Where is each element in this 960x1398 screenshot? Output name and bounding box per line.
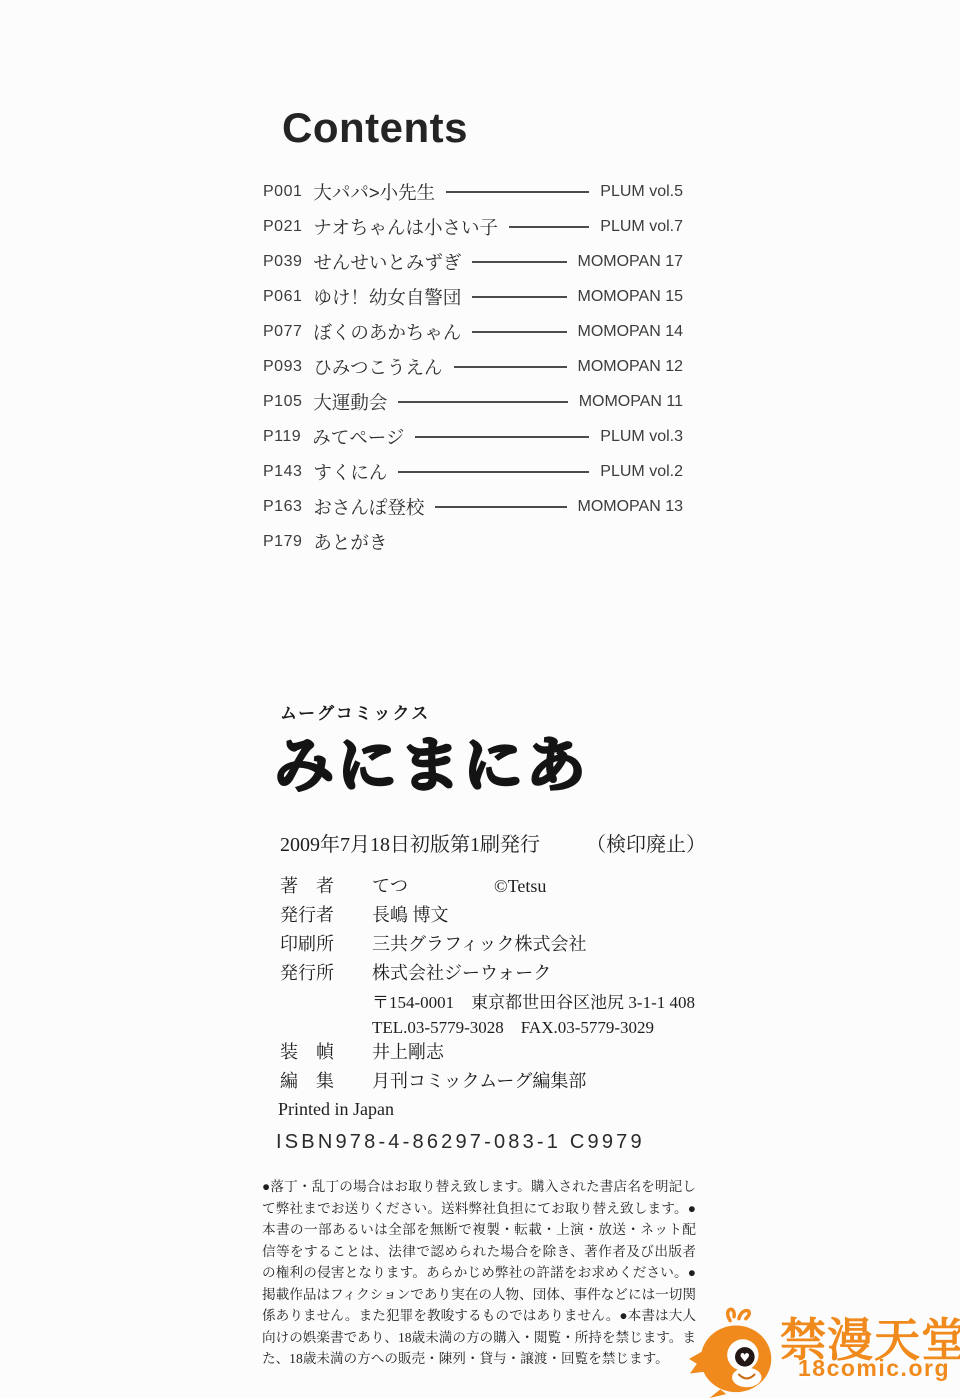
- toc-leader-line: [435, 506, 566, 508]
- svg-text:♥: ♥: [740, 1350, 751, 1364]
- toc-title: ゆけ！幼女自警団: [313, 284, 461, 310]
- toc-title: すくにん: [313, 459, 387, 485]
- site-watermark: ♥ 禁漫天堂 18comic.org: [686, 1300, 960, 1398]
- toc-page-number: P039: [263, 253, 302, 271]
- credit-value: 長嶋 博文: [372, 901, 449, 927]
- toc-source-label: MOMOPAN 15: [578, 288, 684, 306]
- toc-leader-line: [398, 471, 589, 473]
- credit-value: てつ©Tetsu: [372, 872, 546, 898]
- credit-row-address: 〒154-0001 東京都世田谷区池尻 3-1-1 408: [280, 988, 695, 1013]
- toc-entry: P039 せんせいとみずぎ MOMOPAN 17: [263, 244, 683, 279]
- credit-label: 著 者: [280, 872, 372, 898]
- toc-leader-line: [472, 331, 566, 333]
- toc-title: みてページ: [312, 424, 404, 450]
- toc-entry: P061 ゆけ！幼女自警団 MOMOPAN 15: [263, 279, 683, 314]
- toc-page-number: P077: [263, 323, 302, 341]
- credit-label: 発行所: [280, 959, 372, 985]
- toc-entry: P179 あとがき: [263, 524, 683, 559]
- toc-page-number: P001: [263, 183, 302, 201]
- credit-label: 装 幀: [280, 1038, 372, 1064]
- toc-entry: P021 ナオちゃんは小さい子 PLUM vol.7: [263, 209, 683, 244]
- table-of-contents: P001 大パパ>小先生 PLUM vol.5 P021 ナオちゃんは小さい子 …: [263, 174, 683, 559]
- credits-block: 著 者 てつ©Tetsu 発行者 長嶋 博文 印刷所 三共グラフィック株式会社 …: [280, 872, 695, 1096]
- credit-row-design: 装 幀 井上剛志: [280, 1038, 695, 1067]
- toc-title: ぼくのあかちゃん: [313, 319, 461, 345]
- toc-page-number: P105: [263, 393, 302, 411]
- isbn-line: ISBN978-4-86297-083-1 C9979: [276, 1131, 645, 1154]
- toc-page-number: P179: [263, 533, 302, 551]
- toc-title: おさんぽ登校: [313, 494, 424, 520]
- publisher-phone-fax: TEL.03-5779-3028 FAX.03-5779-3029: [372, 1013, 654, 1038]
- toc-leader-line: [415, 436, 589, 438]
- credit-row-printer: 印刷所 三共グラフィック株式会社: [280, 930, 695, 959]
- toc-source-label: MOMOPAN 11: [579, 393, 683, 411]
- toc-leader-line: [446, 191, 589, 193]
- credit-label: 編 集: [280, 1067, 372, 1093]
- fish-mascot-icon: ♥: [686, 1304, 786, 1398]
- credit-value: 三共グラフィック株式会社: [372, 930, 587, 956]
- credit-row-phone: TEL.03-5779-3028 FAX.03-5779-3029: [280, 1013, 695, 1038]
- credit-row-publishing-house: 発行所 株式会社ジーウォーク: [280, 959, 695, 988]
- edition-line: 2009年7月18日初版第1刷発行（検印廃止）: [280, 828, 706, 857]
- watermark-site-url: 18comic.org: [798, 1355, 950, 1382]
- credit-label: 印刷所: [280, 930, 372, 956]
- toc-source-label: MOMOPAN 13: [578, 498, 684, 516]
- toc-source-label: MOMOPAN 14: [578, 323, 684, 341]
- toc-entry: P143 すくにん PLUM vol.2: [263, 454, 683, 489]
- legal-notice: ●落丁・乱丁の場合はお取り替え致します。購入された書店名を明記して弊社までお送り…: [262, 1176, 696, 1370]
- toc-page-number: P119: [263, 428, 301, 446]
- edition-date: 2009年7月18日初版第1刷発行: [280, 834, 540, 856]
- edition-note: （検印廃止）: [586, 834, 706, 856]
- toc-source-label: MOMOPAN 12: [578, 358, 684, 376]
- toc-page-number: P093: [263, 358, 302, 376]
- credit-value: 井上剛志: [372, 1038, 444, 1064]
- toc-leader-line: [509, 226, 589, 228]
- toc-page-number: P021: [263, 218, 302, 236]
- book-title: みにまにあ: [274, 718, 589, 804]
- toc-page-number: P061: [263, 288, 302, 306]
- credit-label: 発行者: [280, 901, 372, 927]
- credit-row-publisher-person: 発行者 長嶋 博文: [280, 901, 695, 930]
- author-name: てつ: [372, 872, 494, 898]
- toc-title: 大運動会: [313, 389, 387, 415]
- toc-source-label: PLUM vol.5: [600, 183, 683, 201]
- toc-leader-line: [454, 366, 567, 368]
- toc-page-number: P163: [263, 498, 302, 516]
- contents-heading: Contents: [282, 104, 468, 152]
- toc-leader-line: [398, 401, 567, 403]
- credit-value: 月刊コミックムーグ編集部: [372, 1067, 586, 1093]
- toc-entry: P077 ぼくのあかちゃん MOMOPAN 14: [263, 314, 683, 349]
- toc-title: 大パパ>小先生: [313, 179, 435, 205]
- toc-title: あとがき: [313, 529, 387, 555]
- toc-entry: P163 おさんぽ登校 MOMOPAN 13: [263, 489, 683, 524]
- toc-entry: P093 ひみつこうえん MOMOPAN 12: [263, 349, 683, 384]
- toc-entry: P119 みてページ PLUM vol.3: [263, 419, 683, 454]
- publisher-address: 〒154-0001 東京都世田谷区池尻 3-1-1 408: [372, 988, 695, 1013]
- copyright-credit: ©Tetsu: [494, 876, 546, 896]
- printed-in-label: Printed in Japan: [278, 1099, 394, 1120]
- toc-title: せんせいとみずぎ: [313, 249, 461, 275]
- scanned-book-page: Contents P001 大パパ>小先生 PLUM vol.5 P021 ナオ…: [0, 0, 960, 1398]
- credit-row-author: 著 者 てつ©Tetsu: [280, 872, 695, 901]
- toc-leader-line: [472, 296, 566, 298]
- toc-source-label: PLUM vol.3: [600, 428, 683, 446]
- toc-leader-line: [472, 261, 566, 263]
- toc-entry: P001 大パパ>小先生 PLUM vol.5: [263, 174, 683, 209]
- toc-entry: P105 大運動会 MOMOPAN 11: [263, 384, 683, 419]
- toc-source-label: PLUM vol.2: [600, 463, 683, 481]
- toc-title: ひみつこうえん: [313, 354, 442, 380]
- toc-source-label: PLUM vol.7: [600, 218, 683, 236]
- toc-page-number: P143: [263, 463, 302, 481]
- credit-value: 株式会社ジーウォーク: [372, 959, 551, 985]
- credit-row-editing: 編 集 月刊コミックムーグ編集部: [280, 1067, 695, 1096]
- toc-title: ナオちゃんは小さい子: [313, 214, 498, 240]
- toc-source-label: MOMOPAN 17: [578, 253, 684, 271]
